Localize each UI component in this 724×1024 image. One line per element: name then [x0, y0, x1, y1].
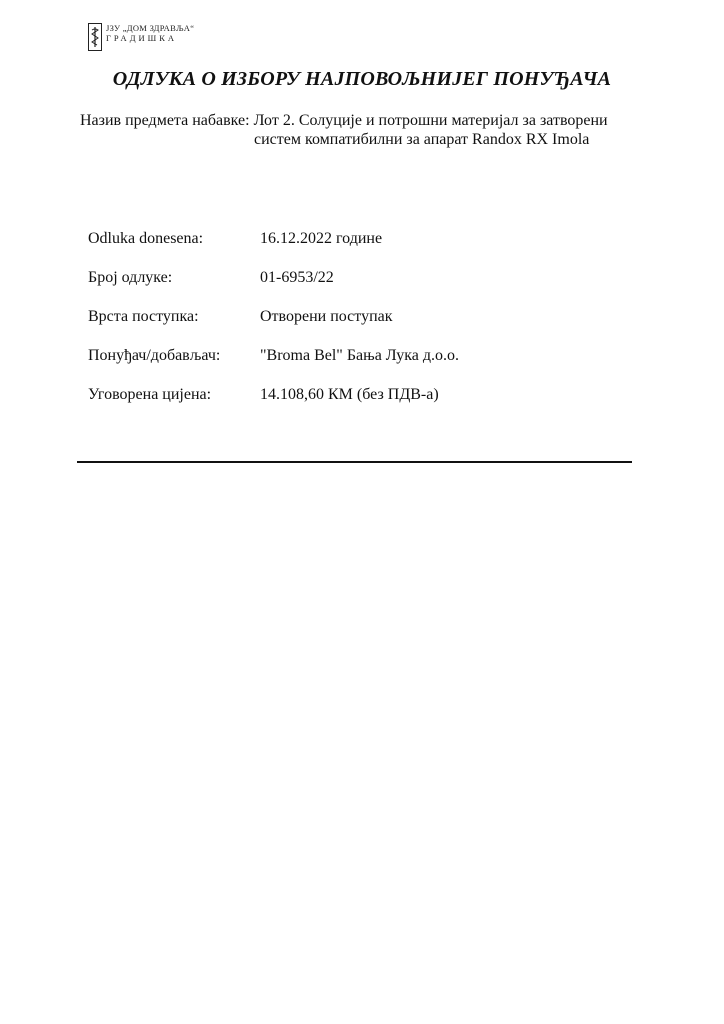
detail-value: "Broma Bel" Бања Лука д.о.о.	[260, 347, 459, 386]
procurement-subject: Назив предмета набавке: Лот 2. Солуције …	[80, 111, 608, 149]
detail-row-procedure: Врста поступка: Отворени поступак	[88, 308, 459, 347]
org-name-line1: ЈЗУ „ДОМ ЗДРАВЉА“	[106, 23, 194, 33]
subject-label: Назив предмета набавке:	[80, 112, 250, 129]
org-name-line2: ГРАДИШКА	[106, 33, 194, 43]
decision-details: Odluka donesena: 16.12.2022 године Број …	[88, 230, 459, 425]
detail-value: 16.12.2022 године	[260, 230, 382, 269]
detail-row-price: Уговорена цијена: 14.108,60 КМ (без ПДВ-…	[88, 386, 459, 425]
caduceus-icon	[88, 23, 102, 51]
organization-logo: ЈЗУ „ДОМ ЗДРАВЉА“ ГРАДИШКА	[88, 23, 194, 51]
detail-row-supplier: Понуђач/добављач: "Broma Bel" Бања Лука …	[88, 347, 459, 386]
organization-name: ЈЗУ „ДОМ ЗДРАВЉА“ ГРАДИШКА	[106, 23, 194, 43]
detail-row-date: Odluka donesena: 16.12.2022 године	[88, 230, 459, 269]
detail-label: Odluka donesena:	[88, 230, 260, 269]
detail-label: Понуђач/добављач:	[88, 347, 260, 386]
horizontal-divider	[77, 461, 632, 463]
detail-value: 01-6953/22	[260, 269, 334, 308]
detail-value: 14.108,60 КМ (без ПДВ-а)	[260, 386, 439, 425]
subject-line1: Лот 2. Солуције и потрошни материјал за …	[254, 112, 608, 129]
detail-label: Врста поступка:	[88, 308, 260, 347]
detail-label: Уговорена цијена:	[88, 386, 260, 425]
detail-row-number: Број одлуке: 01-6953/22	[88, 269, 459, 308]
detail-value: Отворени поступак	[260, 308, 393, 347]
document-title: ОДЛУКА О ИЗБОРУ НАЈПОВОЉНИЈЕГ ПОНУЂАЧА	[0, 68, 724, 91]
detail-label: Број одлуке:	[88, 269, 260, 308]
subject-line2: систем компатибилни за апарат Randox RX …	[80, 130, 608, 149]
